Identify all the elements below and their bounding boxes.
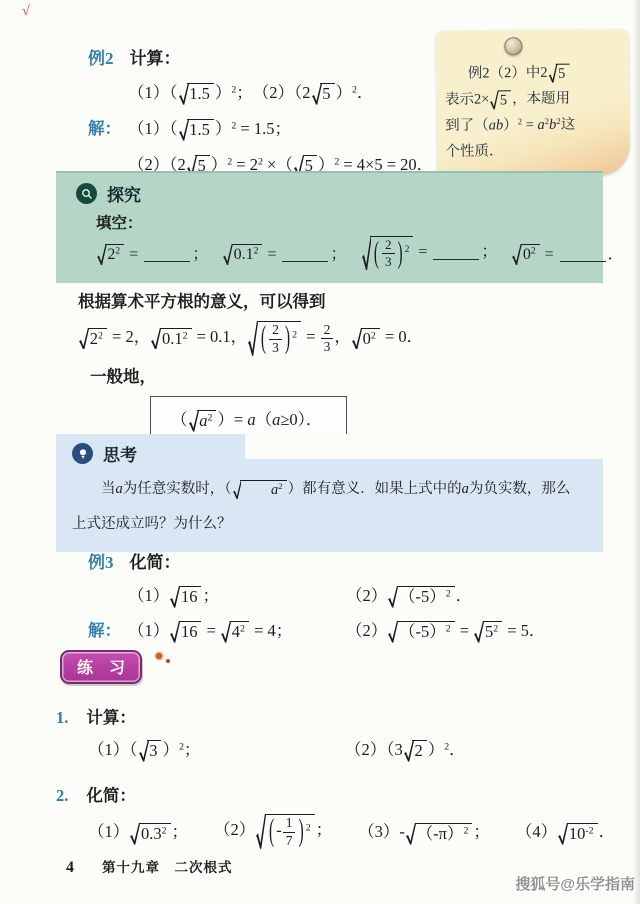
derivation-results: 22 = 2，0.12 = 0.1，(23)2 = 23，02 = 0．: [78, 321, 578, 356]
chapter-title: 第十九章 二次根式: [102, 856, 233, 876]
note-line: 表示2×5，本题用: [445, 85, 621, 113]
solution-label: 解：: [88, 617, 128, 643]
explore-fill-row: 22 = ；0.12 = ；(23)2 = ；02 = ．: [96, 236, 593, 270]
note-line: 到了（ab）2 = a2b2这: [445, 111, 621, 139]
example3-heading: 例3化简：: [88, 548, 598, 573]
example2-solution1: （1）（1.5）2 = 1.5；: [128, 115, 291, 141]
derivation-section: 根据算术平方根的意义，可以得到 22 = 2，0.12 = 0.1，(23)2 …: [78, 288, 578, 442]
solution-label: 解：: [88, 115, 128, 141]
example2-solution1-row: 解： （1）（1.5）2 = 1.5；: [88, 115, 438, 141]
think-title: 思考: [103, 441, 137, 466]
lightbulb-icon: [72, 443, 93, 464]
example3-solution: （1）16 = 42 = 4；: [128, 617, 346, 643]
question1-items: （1）（3）2；（2）（32）2．: [56, 736, 596, 762]
think-text-line1: 当a为任意实数时，（a2）都有意义．如果上式中的a为负实数，那么: [72, 475, 591, 503]
watermark: 搜狐号@乐学指南: [515, 873, 635, 894]
example2-problems: （1）（1.5）2； （2）（25）2．: [88, 79, 438, 105]
note-line: 例2（2）中25: [445, 59, 621, 87]
fill-blank-item: 22 = ；: [96, 241, 208, 266]
question1-item: （1）（3）2；: [88, 736, 345, 762]
decor-dot-icon: [166, 659, 170, 663]
example3-solutions: （1）16 = 42 = 4；（2）（-5）2 = 52 = 5．: [128, 617, 598, 643]
example3-solutions-row: 解： （1）16 = 42 = 4；（2）（-5）2 = 52 = 5．: [88, 617, 598, 643]
question2-item: （3）-（-π）2；: [358, 818, 490, 844]
question2-item: （2）(-17)2；: [214, 814, 332, 849]
explore-box: 探究 填空： 22 = ；0.12 = ；(23)2 = ；02 = ．: [56, 171, 603, 283]
question2-heading: 2.化简：: [56, 782, 596, 806]
sticky-note-text: 例2（2）中25表示2×5，本题用到了（ab）2 = a2b2这个性质．: [445, 59, 622, 165]
explore-heading: 探究: [76, 181, 593, 206]
corner-mark: √: [22, 4, 30, 20]
example3-title: 化简：: [130, 553, 181, 572]
decor-dot-icon: [156, 653, 162, 659]
example3-problems-row: （1）16；（2）（-5）2．: [88, 582, 598, 608]
practice-section: 练 习 1.计算： （1）（3）2；（2）（32）2． 2.化简： （1）0.3…: [56, 650, 596, 849]
question1-item: （2）（32）2．: [345, 736, 466, 762]
question1-heading: 1.计算：: [56, 704, 596, 728]
pin-icon: [504, 37, 522, 55]
think-text-line2: 上式还成立吗？为什么？: [72, 510, 591, 538]
page-footer: 4 第十九章 二次根式: [66, 856, 233, 877]
question2-item: （1）0.32；: [88, 818, 188, 844]
question1-number: 1.: [56, 708, 68, 727]
question2-title: 化简：: [86, 786, 136, 805]
example2-label: 例2: [88, 49, 114, 68]
textbook-page: √ 例2计算： （1）（1.5）2； （2）（25）2． 解： （1）（1.5）…: [0, 0, 640, 904]
page-edge-shadow: [633, 0, 640, 904]
example2-section: 例2计算： （1）（1.5）2； （2）（25）2． 解： （1）（1.5）2 …: [88, 44, 438, 177]
explore-prompt: 填空：: [96, 211, 593, 233]
question1-title: 计算：: [86, 708, 136, 727]
example3-section: 例3化简： （1）16；（2）（-5）2． 解： （1）16 = 42 = 4；…: [88, 548, 598, 643]
example3-problem: （2）（-5）2．: [346, 582, 472, 608]
example3-label: 例3: [88, 553, 114, 572]
question2-items: （1）0.32；（2）(-17)2；（3）-（-π）2；（4）10-2．: [56, 814, 596, 849]
example3-problem: （1）16；: [128, 582, 346, 608]
practice-badge-area: 练 习: [60, 650, 596, 684]
magnifier-icon: [76, 183, 97, 204]
example3-solution: （2）（-5）2 = 52 = 5．: [346, 617, 545, 643]
question2-item: （4）10-2．: [516, 818, 615, 844]
example2-heading: 例2计算：: [88, 44, 438, 69]
spacer: [88, 582, 128, 608]
derivation-generally: 一般地，: [78, 363, 578, 387]
explore-title: 探究: [107, 181, 141, 206]
sticky-note: 例2（2）中25表示2×5，本题用到了（ab）2 = a2b2这个性质．: [436, 29, 630, 177]
fill-blank-item: (23)2 = ；: [361, 236, 498, 270]
fill-blank-item: 02 = ．: [511, 241, 623, 266]
example2-title: 计算：: [130, 49, 181, 68]
question2-number: 2.: [56, 786, 68, 805]
practice-badge: 练 习: [60, 650, 142, 684]
example3-problems: （1）16；（2）（-5）2．: [128, 582, 598, 608]
note-line: 个性质．: [445, 137, 621, 165]
page-number: 4: [66, 859, 74, 877]
fill-blank-item: 0.12 = ；: [222, 241, 346, 266]
think-box: 思考 当a为任意实数时，（a2）都有意义．如果上式中的a为负实数，那么 上式还成…: [56, 434, 603, 552]
derivation-intro: 根据算术平方根的意义，可以得到: [78, 288, 578, 312]
think-heading: 思考: [72, 441, 591, 466]
